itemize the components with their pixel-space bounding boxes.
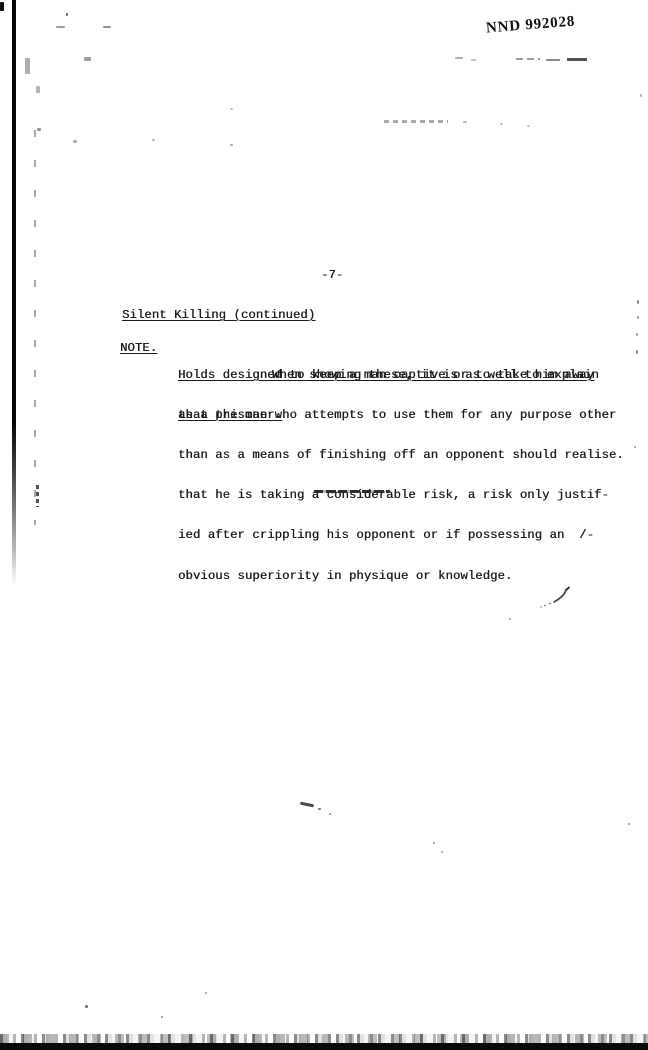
scan-speck bbox=[637, 300, 639, 304]
divider-rule bbox=[314, 490, 390, 493]
page-number: -7- bbox=[321, 269, 343, 282]
scan-edge-left-bar bbox=[12, 0, 16, 585]
note-body-line: that he is taking a considerable risk, a… bbox=[178, 489, 624, 502]
scan-speck bbox=[152, 139, 155, 141]
note-body: that the man who attempts to use them fo… bbox=[178, 382, 624, 610]
scan-speck bbox=[56, 26, 65, 28]
scan-speck bbox=[634, 446, 636, 448]
scan-speck bbox=[230, 108, 233, 110]
scan-speck bbox=[318, 808, 321, 810]
scan-speck bbox=[0, 2, 4, 11]
scan-edge-bottom-bar bbox=[0, 1043, 648, 1050]
scan-speck bbox=[230, 144, 233, 146]
scan-speck bbox=[161, 1016, 163, 1018]
faint-dash-mark bbox=[546, 59, 560, 61]
pen-squiggle-mark bbox=[538, 586, 578, 616]
scan-speck bbox=[463, 121, 467, 123]
scan-speck bbox=[636, 350, 638, 354]
scan-speck bbox=[628, 823, 630, 825]
scan-speck bbox=[433, 842, 435, 844]
scan-speck bbox=[640, 94, 642, 97]
scan-speck bbox=[637, 316, 639, 319]
scan-edge-bottom-speckle bbox=[0, 1034, 648, 1043]
scan-speck bbox=[471, 59, 476, 61]
scan-speck bbox=[205, 992, 207, 994]
scan-speck bbox=[329, 813, 331, 815]
scan-squiggle-mark bbox=[300, 802, 314, 808]
faint-dash-mark bbox=[516, 58, 540, 60]
scan-speck bbox=[66, 13, 68, 16]
scan-speck bbox=[636, 333, 638, 336]
scan-speck bbox=[527, 125, 530, 127]
declassification-stamp: NND 992028 bbox=[485, 14, 575, 38]
note-body-first-line: When showing these, it is as well to exp… bbox=[272, 369, 599, 382]
note-body-line: obvious superiority in physique or knowl… bbox=[178, 570, 624, 583]
scan-speck bbox=[103, 26, 111, 28]
scan-speck bbox=[85, 1005, 88, 1008]
note-body-line: that the man who attempts to use them fo… bbox=[178, 409, 624, 422]
scan-speck bbox=[455, 57, 463, 59]
page-edge-dash-mark bbox=[36, 485, 39, 507]
scan-speck bbox=[73, 140, 77, 143]
faint-dash-mark bbox=[384, 120, 448, 123]
scan-speck bbox=[441, 851, 443, 853]
faint-dash-mark bbox=[567, 58, 587, 61]
scan-speck bbox=[84, 57, 91, 61]
note-body-line: than as a means of finishing off an oppo… bbox=[178, 449, 624, 462]
note-label: NOTE. bbox=[120, 342, 157, 355]
scan-speck bbox=[509, 618, 511, 620]
scan-speck bbox=[37, 128, 41, 131]
scan-speck bbox=[36, 86, 40, 93]
scan-speck bbox=[25, 58, 30, 74]
document-page: NND 992028 -7- Silent Killing (continued… bbox=[0, 0, 648, 1050]
page-edge-dotted-line bbox=[34, 130, 36, 525]
section-heading: Silent Killing (continued) bbox=[122, 309, 315, 322]
scan-speck bbox=[500, 123, 503, 125]
note-body-line: ied after crippling his opponent or if p… bbox=[178, 529, 624, 542]
